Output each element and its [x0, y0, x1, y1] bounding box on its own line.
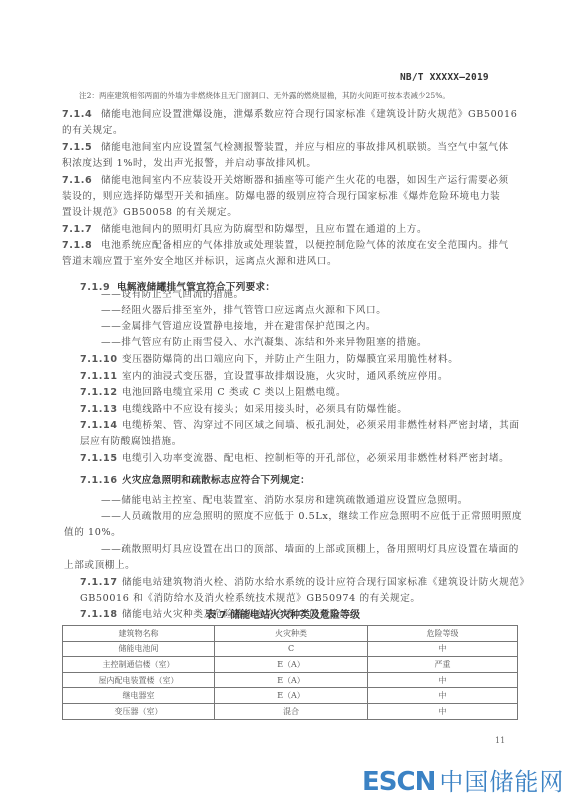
clause-text: 储能电池间内的照明灯具应为防腐型和防爆型，且应布置在通道的上方。 [101, 224, 427, 235]
clause-text: 储能电池间应设置泄爆设施，泄爆系数应符合现行国家标准《建筑设计防火规范》GB50… [101, 109, 517, 120]
clause-text: 电缆桥架、管、沟穿过不同区域之间墙、板孔洞处，必须采用非燃性材料严密封堵，其面 [122, 420, 520, 431]
clause-7-1-8: 7.1.8电池系统应配备相应的气体排放或处理装置，以便控制危险气体的浓度在安全范… [62, 237, 509, 251]
clause-number: 7.1.8 [62, 240, 101, 251]
clause-number: 7.1.10 [80, 354, 122, 365]
table-cell: 中 [368, 641, 518, 657]
clause-text: 储能电池间室内应设置氢气检测报警装置，并应与相应的事故排风机联锁。当空气中氢气体 [101, 142, 509, 153]
fire-class-table: 建筑物名称 火灾种类 危险等级 储能电池间 C 中 主控制通信楼（室） E（A）… [62, 625, 518, 720]
clause-7-1-4-cont: 的有关规定。 [62, 122, 123, 136]
table-cell: 混合 [215, 703, 368, 719]
clause-7-1-6-cont2: 置设计规范》GB50058 的有关规定。 [62, 204, 237, 218]
table-caption: 表 7 储能电站火灾种类及危险等级 [0, 606, 566, 621]
clause-number: 7.1.4 [62, 109, 101, 120]
clause-number: 7.1.12 [80, 387, 122, 398]
clause-7-1-10: 7.1.10变压器防爆筒的出口端应向下，并防止产生阻力，防爆膜宜采用脆性材料。 [80, 351, 458, 365]
table-cell: C [215, 641, 368, 657]
list-item: ——设有防止空气回流的措施。 [101, 286, 244, 300]
clause-number: 7.1.14 [80, 420, 122, 431]
table-cell: E（A） [215, 672, 368, 688]
list-item-cont: 值的 10%。 [64, 524, 121, 538]
table-cell: 中 [368, 703, 518, 719]
clause-7-1-5-cont: 积浓度达到 1%时，发出声光报警，并启动事故排风机。 [62, 155, 317, 169]
clause-text: 储能电池间室内不应装设开关熔断器和插座等可能产生火花的电器，如因生产运行需要必须 [101, 175, 509, 186]
clause-text: 室内的油浸式变压器，宜设置事故排烟设施，火灾时，通风系统应停用。 [122, 371, 448, 382]
logo-cn-text: 中国储能网 [439, 768, 564, 796]
clause-number: 7.1.17 [80, 577, 122, 588]
clause-7-1-17: 7.1.17储能电站建筑物消火栓、消防水给水系统的设计应符合现行国家标准《建筑设… [80, 574, 530, 588]
table-cell: 变压器（室） [63, 703, 215, 719]
table-row: 屋内配电装置楼（室） E（A） 中 [63, 672, 518, 688]
list-item: ——储能电站主控室、配电装置室、消防水泵房和建筑疏散通道应设置应急照明。 [101, 492, 468, 506]
table-cell: 继电器室 [63, 688, 215, 704]
list-item: ——经阻火器后排至室外，排气管管口应远离点火源和下风口。 [101, 302, 386, 316]
clause-number: 7.1.16 [80, 475, 122, 486]
standard-id: NB/T XXXXX—2019 [400, 72, 489, 83]
column-header: 建筑物名称 [63, 626, 215, 642]
table-row: 主控制通信楼（室） E（A） 严重 [63, 657, 518, 673]
clause-7-1-5: 7.1.5储能电池间室内应设置氢气检测报警装置，并应与相应的事故排风机联锁。当空… [62, 139, 509, 153]
list-item: ——人员疏散用的应急照明的照度不应低于 0.5Lx，继续工作应急照明不应低于正常… [101, 508, 522, 522]
clause-7-1-14-cont: 层应有防酸腐蚀措施。 [80, 433, 182, 447]
table-note: 注2：两座建筑相邻两面的外墙为非燃烧体且无门窗洞口、无外露的燃烧屋檐，其防火间距… [79, 90, 450, 101]
table-cell: 严重 [368, 657, 518, 673]
table-cell: E（A） [215, 657, 368, 673]
list-item-cont: 上部或顶棚上。 [64, 557, 135, 571]
table-row: 变压器（室） 混合 中 [63, 703, 518, 719]
column-header: 危险等级 [368, 626, 518, 642]
table-cell: 中 [368, 672, 518, 688]
clause-number: 7.1.5 [62, 142, 101, 153]
clause-number: 7.1.13 [80, 404, 122, 415]
table-row: 继电器室 E（A） 中 [63, 688, 518, 704]
clause-text: 电池回路电缆宜采用 C 类或 C 类以上阻燃电缆。 [122, 387, 346, 398]
clause-7-1-14: 7.1.14电缆桥架、管、沟穿过不同区域之间墙、板孔洞处，必须采用非燃性材料严密… [80, 417, 520, 431]
column-header: 火灾种类 [215, 626, 368, 642]
clause-7-1-16: 7.1.16火灾应急照明和疏散标志应符合下列规定： [80, 472, 310, 486]
clause-text: 储能电站建筑物消火栓、消防水给水系统的设计应符合现行国家标准《建筑设计防火规范》 [122, 577, 530, 588]
clause-7-1-15: 7.1.15电缆引入功率变流器、配电柜、控制柜等的开孔部位，必须采用非燃性材料严… [80, 450, 509, 464]
clause-number: 7.1.6 [62, 175, 101, 186]
clause-7-1-8-cont: 管道末端应置于室外安全地区并标识，远离点火源和进风口。 [62, 253, 337, 267]
clause-7-1-6-cont: 装设的，则应选择防爆型开关和插座。防爆电器的级别应符合现行国家标准《爆炸危险环境… [62, 188, 500, 202]
table-row: 储能电池间 C 中 [63, 641, 518, 657]
escn-watermark-logo: ESCN中国储能网 [362, 762, 564, 797]
list-item: ——排气管应有防止雨雪侵入、水汽凝集、冻结和外来异物阻塞的措施。 [101, 334, 427, 348]
clause-7-1-6: 7.1.6储能电池间室内不应装设开关熔断器和插座等可能产生火花的电器，如因生产运… [62, 172, 509, 186]
clause-text: 变压器防爆筒的出口端应向下，并防止产生阻力，防爆膜宜采用脆性材料。 [122, 354, 458, 365]
list-item: ——金属排气管道应设置静电接地，并在避雷保护范围之内。 [101, 318, 376, 332]
clause-number: 7.1.11 [80, 371, 122, 382]
clause-text: 电缆线路中不应设有接头；如采用接头时，必须具有防爆性能。 [122, 404, 407, 415]
clause-heading: 火灾应急照明和疏散标志应符合下列规定： [122, 475, 310, 486]
page-number: 11 [495, 736, 505, 745]
clause-7-1-12: 7.1.12电池回路电缆宜采用 C 类或 C 类以上阻燃电缆。 [80, 384, 346, 398]
clause-7-1-4: 7.1.4储能电池间应设置泄爆设施，泄爆系数应符合现行国家标准《建筑设计防火规范… [62, 106, 517, 120]
clause-7-1-13: 7.1.13电缆线路中不应设有接头；如采用接头时，必须具有防爆性能。 [80, 401, 407, 415]
table-cell: 屋内配电装置楼（室） [63, 672, 215, 688]
table-cell: 中 [368, 688, 518, 704]
clause-7-1-11: 7.1.11室内的油浸式变压器，宜设置事故排烟设施，火灾时，通风系统应停用。 [80, 368, 448, 382]
clause-text: 电池系统应配备相应的气体排放或处理装置，以便控制危险气体的浓度在安全范围内。排气 [101, 240, 509, 251]
table-cell: E（A） [215, 688, 368, 704]
list-item: ——疏散照明灯具应设置在出口的顶部、墙面的上部或顶棚上，备用照明灯具应设置在墙面… [101, 541, 519, 555]
table-header-row: 建筑物名称 火灾种类 危险等级 [63, 626, 518, 642]
logo-en-text: ESCN [362, 767, 435, 797]
table-cell: 储能电池间 [63, 641, 215, 657]
clause-number: 7.1.7 [62, 224, 101, 235]
clause-number: 7.1.15 [80, 453, 122, 464]
clause-text: 电缆引入功率变流器、配电柜、控制柜等的开孔部位，必须采用非燃性材料严密封堵。 [122, 453, 509, 464]
clause-7-1-17-cont: GB50016 和《消防给水及消火栓系统技术规范》GB50974 的有关规定。 [80, 590, 421, 604]
table-cell: 主控制通信楼（室） [63, 657, 215, 673]
clause-7-1-7: 7.1.7储能电池间内的照明灯具应为防腐型和防爆型，且应布置在通道的上方。 [62, 221, 427, 235]
